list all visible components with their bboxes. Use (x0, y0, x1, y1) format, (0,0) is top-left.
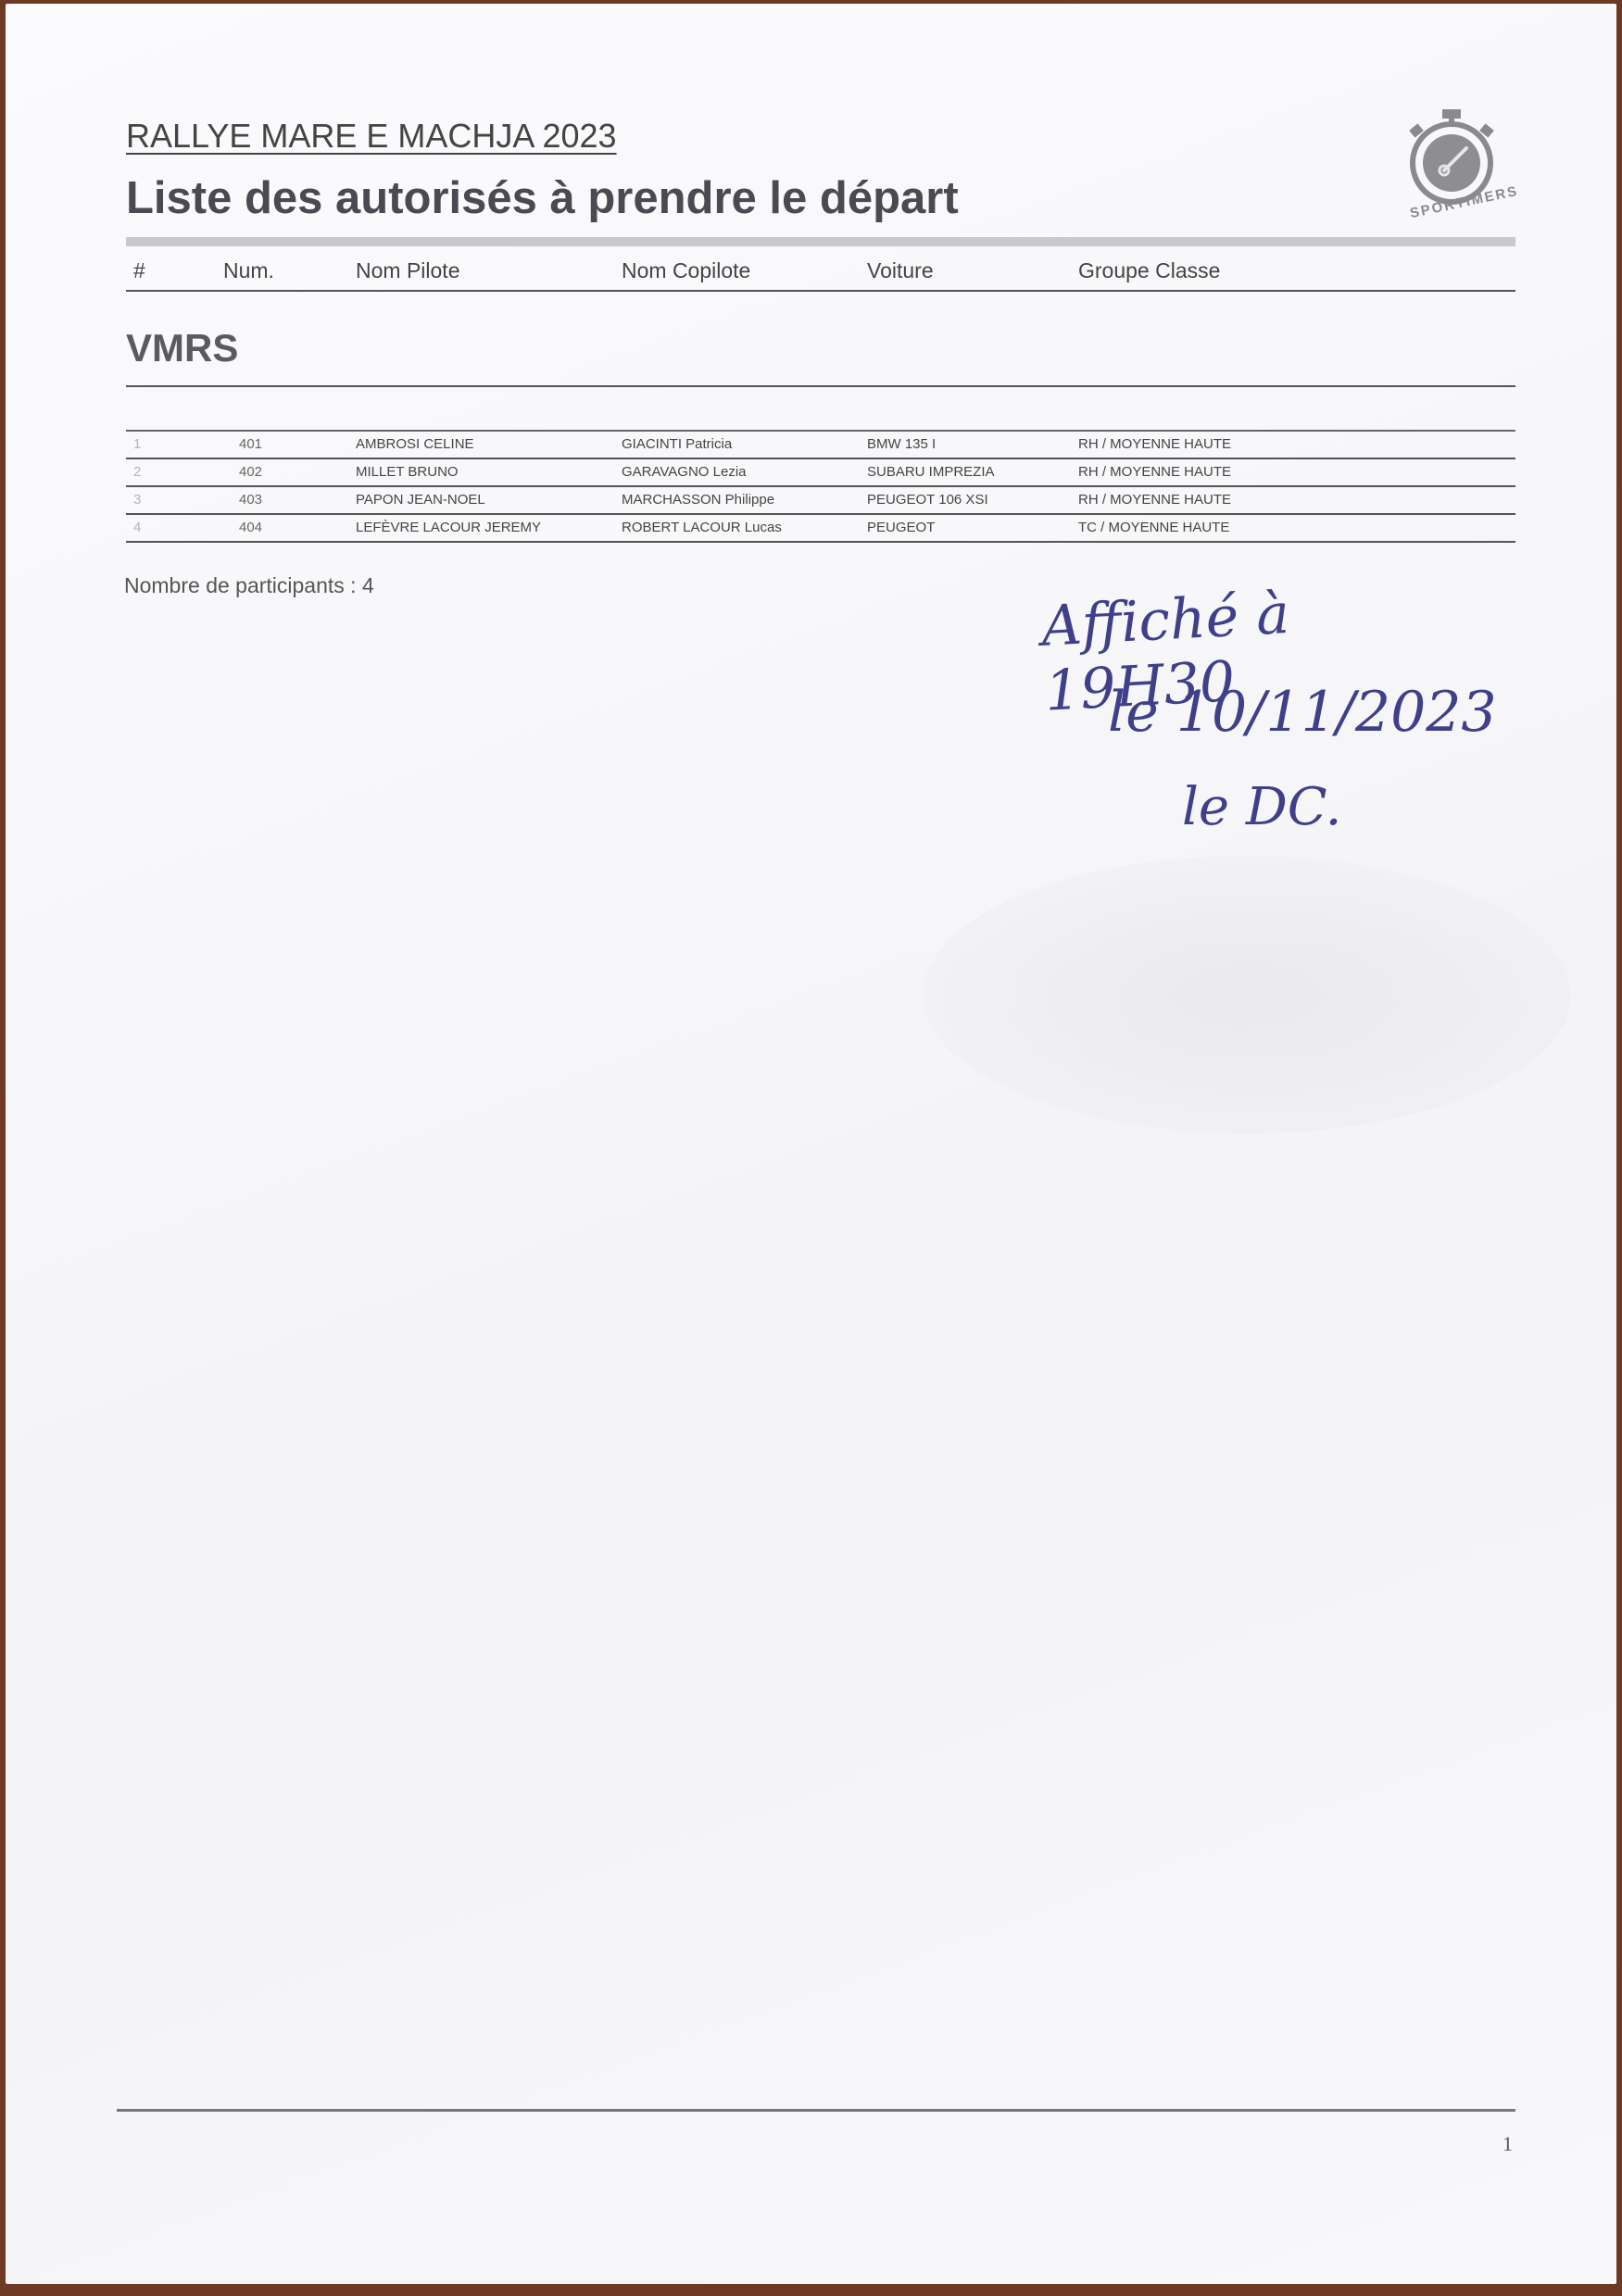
column-header-num: Num. (223, 258, 274, 283)
cell-num: 404 (239, 515, 262, 541)
column-header-copilote: Nom Copilote (622, 258, 750, 283)
cell-groupe-classe: RH / MOYENNE HAUTE (1078, 432, 1231, 458)
document-title: Liste des autorisés à prendre le départ (126, 172, 959, 224)
cell-copilote: MARCHASSON Philippe (622, 487, 774, 513)
handwritten-annotation: Affiché à 19H30 le 10/11/2023 le DC. (1034, 583, 1497, 888)
table-row: 3 403 PAPON JEAN-NOEL MARCHASSON Philipp… (126, 487, 1515, 515)
cell-copilote: GIACINTI Patricia (622, 432, 732, 458)
cell-num: 403 (239, 487, 262, 513)
cell-position: 2 (133, 459, 141, 485)
cell-voiture: BMW 135 I (867, 432, 936, 458)
event-title: RALLYE MARE E MACHJA 2023 (126, 117, 617, 156)
cell-position: 4 (133, 515, 141, 541)
cell-pilote: MILLET BRUNO (356, 459, 459, 485)
cell-num: 401 (239, 432, 262, 458)
cell-groupe-classe: RH / MOYENNE HAUTE (1078, 459, 1231, 485)
cell-pilote: AMBROSI CELINE (356, 432, 474, 458)
cell-voiture: PEUGEOT (867, 515, 935, 541)
participants-table: 1 401 AMBROSI CELINE GIACINTI Patricia B… (126, 430, 1515, 543)
cell-position: 1 (133, 432, 141, 458)
cell-groupe-classe: TC / MOYENNE HAUTE (1078, 515, 1229, 541)
column-header-position: # (133, 258, 145, 283)
cell-copilote: GARAVAGNO Lezia (622, 459, 747, 485)
page-number: 1 (1503, 2132, 1513, 2156)
section-title: VMRS (126, 326, 238, 370)
cell-num: 402 (239, 459, 262, 485)
column-header-voiture: Voiture (867, 258, 934, 283)
column-header-pilote: Nom Pilote (356, 258, 459, 283)
paper-shadow (923, 856, 1571, 1134)
cell-voiture: SUBARU IMPREZIA (867, 459, 995, 485)
footer-divider (117, 2109, 1515, 2112)
cell-voiture: PEUGEOT 106 XSI (867, 487, 988, 513)
participant-count: Nombre de participants : 4 (124, 573, 374, 598)
table-row: 4 404 LEFÈVRE LACOUR JEREMY ROBERT LACOU… (126, 515, 1515, 543)
column-header-groupe-classe: Groupe Classe (1078, 258, 1220, 283)
header-band (126, 237, 1515, 246)
cell-pilote: LEFÈVRE LACOUR JEREMY (356, 515, 541, 541)
cell-groupe-classe: RH / MOYENNE HAUTE (1078, 487, 1231, 513)
sportimers-logo: SPORTIMERS (1390, 106, 1520, 217)
annotation-line-signature: le DC. (1182, 777, 1341, 837)
section-divider (126, 385, 1515, 387)
document-page: RALLYE MARE E MACHJA 2023 Liste des auto… (6, 4, 1616, 2284)
cell-pilote: PAPON JEAN-NOEL (356, 487, 485, 513)
table-row: 1 401 AMBROSI CELINE GIACINTI Patricia B… (126, 432, 1515, 459)
annotation-line-date: le 10/11/2023 (1108, 680, 1497, 745)
table-header: # Num. Nom Pilote Nom Copilote Voiture G… (126, 258, 1515, 292)
cell-position: 3 (133, 487, 141, 513)
table-row: 2 402 MILLET BRUNO GARAVAGNO Lezia SUBAR… (126, 459, 1515, 487)
cell-copilote: ROBERT LACOUR Lucas (622, 515, 782, 541)
